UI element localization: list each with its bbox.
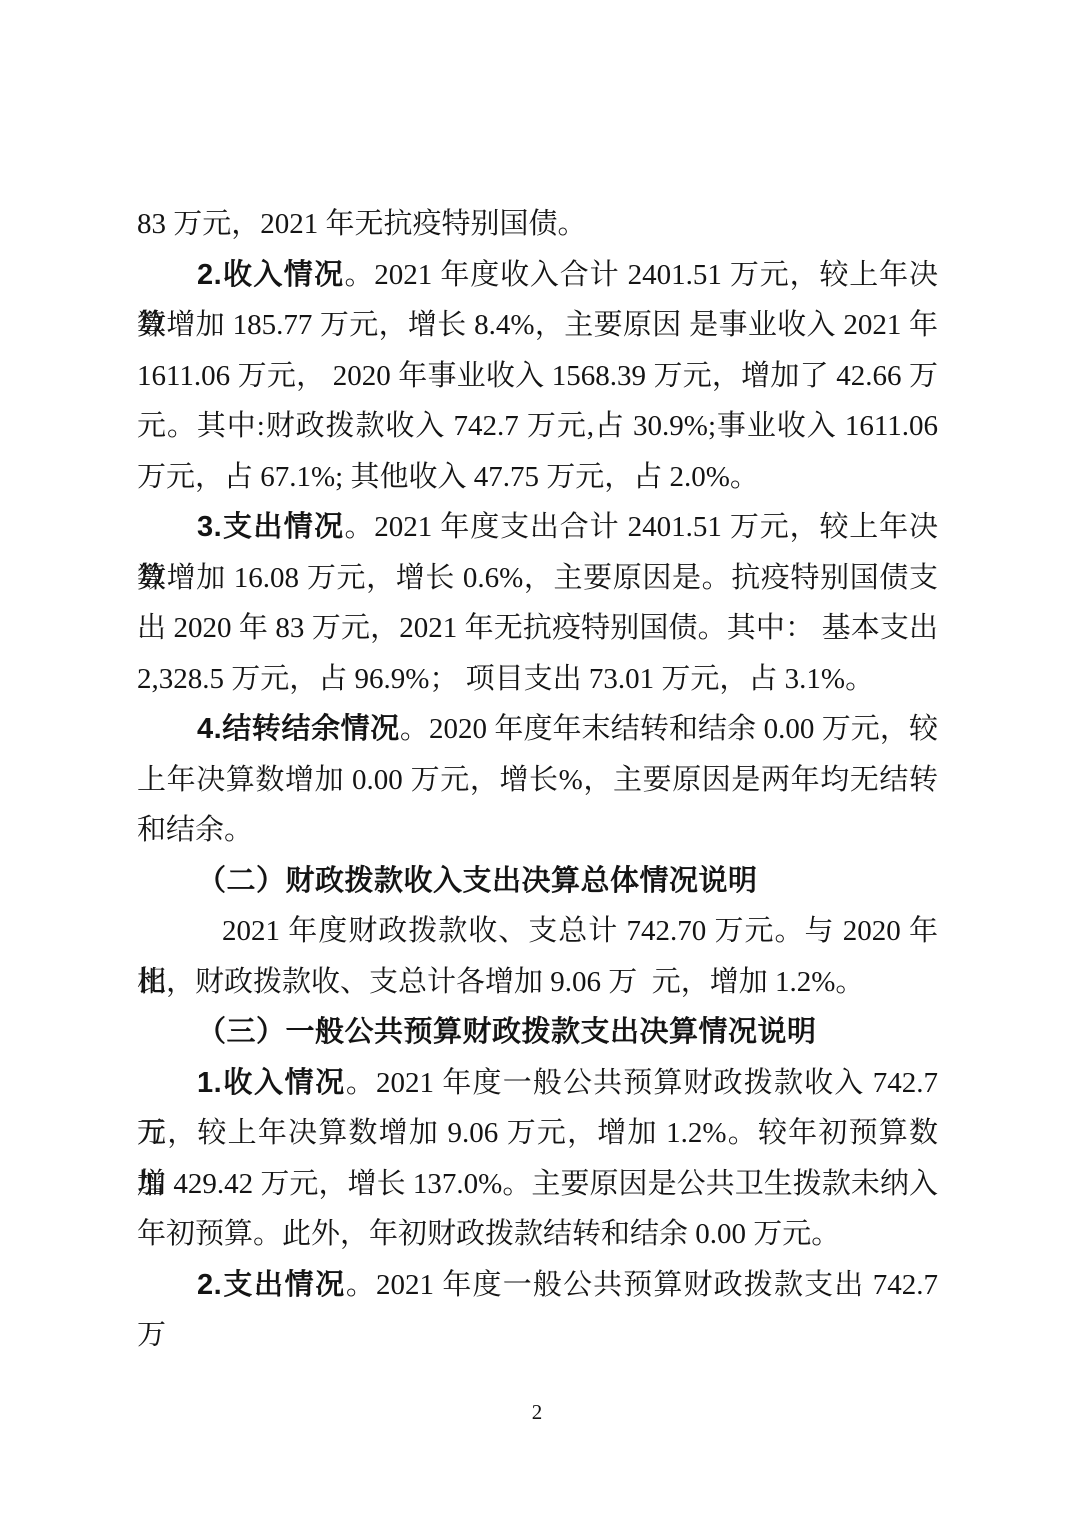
text-line: 2.支出情况。2021 年度一般公共预算财政拨款支出 742.7 万 xyxy=(137,1260,938,1311)
text-line: 元，较上年决算数增加 9.06 万元，增加 1.2%。较年初预算数 增 xyxy=(137,1108,938,1159)
text-run: 和结余。 xyxy=(137,814,253,846)
bold-text-run: 2.收入情况 xyxy=(197,259,344,291)
bold-text-run: （二）财政拨款收入支出决算总体情况说明 xyxy=(197,865,758,897)
text-run: 数增加 16.08 万元，增长 0.6%，主要原因是。抗疫特别国债支 xyxy=(137,562,938,594)
text-line: 出 2020 年 83 万元，2021 年无抗疫特别国债。其中： 基本支出 xyxy=(137,603,938,654)
section-heading-line: （二）财政拨款收入支出决算总体情况说明 xyxy=(137,856,938,907)
text-line: 加 429.42 万元，增长 137.0%。主要原因是公共卫生拨款未纳入 xyxy=(137,1159,938,1210)
text-line: 2,328.5 万元，占 96.9%； 项目支出 73.01 万元，占 3.1%… xyxy=(137,654,938,705)
text-line: 数增加 16.08 万元，增长 0.6%，主要原因是。抗疫特别国债支 xyxy=(137,553,938,604)
text-run: 元。其中:财政拨款收入 742.7 万元,占 30.9%;事业收入 1611.0… xyxy=(137,410,938,442)
bold-text-run: 2.支出情况 xyxy=(197,1269,346,1301)
text-line: 和结余。 xyxy=(137,805,938,856)
bold-text-run: （三）一般公共预算财政拨款支出决算情况说明 xyxy=(197,1016,817,1048)
text-line: 元。其中:财政拨款收入 742.7 万元,占 30.9%;事业收入 1611.0… xyxy=(137,401,938,452)
text-line: 万元，占 67.1%; 其他收入 47.75 万元，占 2.0%。 xyxy=(137,452,938,503)
text-run: 出 2020 年 83 万元，2021 年无抗疫特别国债。其中： 基本支出 xyxy=(137,612,938,644)
bold-text-run: 3.支出情况 xyxy=(197,511,344,543)
text-run: 加 429.42 万元，增长 137.0%。主要原因是公共卫生拨款未纳入 xyxy=(137,1168,938,1200)
text-run: 数增加 185.77 万元，增长 8.4%，主要原因 是事业收入 2021 年 xyxy=(137,309,938,341)
text-line: 1611.06 万元， 2020 年事业收入 1568.39 万元，增加了 42… xyxy=(137,351,938,402)
text-run: 1611.06 万元， 2020 年事业收入 1568.39 万元，增加了 42… xyxy=(137,360,938,392)
text-run: 年初预算。此外，年初财政拨款结转和结余 0.00 万元。 xyxy=(137,1218,840,1250)
text-line: 比，财政拨款收、支总计各增加 9.06 万 元，增加 1.2%。 xyxy=(137,957,938,1008)
text-line: 3.支出情况。2021 年度支出合计 2401.51 万元，较上年决算 xyxy=(137,502,938,553)
text-line: 1.收入情况。2021 年度一般公共预算财政拨款收入 742.7 万 xyxy=(137,1058,938,1109)
text-line: 数增加 185.77 万元，增长 8.4%，主要原因 是事业收入 2021 年 xyxy=(137,300,938,351)
bold-text-run: 1.收入情况 xyxy=(197,1067,346,1099)
text-line: 4.结转结余情况。2020 年度年末结转和结余 0.00 万元，较 xyxy=(137,704,938,755)
text-run: 。2020 年度年末结转和结余 0.00 万元，较 xyxy=(400,713,938,745)
document-page: 83 万元，2021 年无抗疫特别国债。2.收入情况。2021 年度收入合计 2… xyxy=(0,0,1074,1520)
text-run: 万元，占 67.1%; 其他收入 47.75 万元，占 2.0%。 xyxy=(137,461,759,493)
text-line: 2.收入情况。2021 年度收入合计 2401.51 万元，较上年决算 xyxy=(137,250,938,301)
bold-text-run: 4.结转结余情况 xyxy=(197,713,400,745)
document-body: 83 万元，2021 年无抗疫特别国债。2.收入情况。2021 年度收入合计 2… xyxy=(137,199,938,1310)
text-line: 83 万元，2021 年无抗疫特别国债。 xyxy=(137,199,938,250)
text-run: 83 万元，2021 年无抗疫特别国债。 xyxy=(137,208,587,240)
text-line: 2021 年度财政拨款收、支总计 742.70 万元。与 2020 年相 xyxy=(137,906,938,957)
text-run: 比，财政拨款收、支总计各增加 9.06 万 元，增加 1.2%。 xyxy=(137,966,864,998)
text-line: 上年决算数增加 0.00 万元，增长%，主要原因是两年均无结转 xyxy=(137,755,938,806)
text-run: 上年决算数增加 0.00 万元，增长%，主要原因是两年均无结转 xyxy=(137,764,938,796)
text-run: 2,328.5 万元，占 96.9%； 项目支出 73.01 万元，占 3.1%… xyxy=(137,663,874,695)
section-heading-line: （三）一般公共预算财政拨款支出决算情况说明 xyxy=(137,1007,938,1058)
text-line: 年初预算。此外，年初财政拨款结转和结余 0.00 万元。 xyxy=(137,1209,938,1260)
page-number: 2 xyxy=(0,1400,1074,1425)
